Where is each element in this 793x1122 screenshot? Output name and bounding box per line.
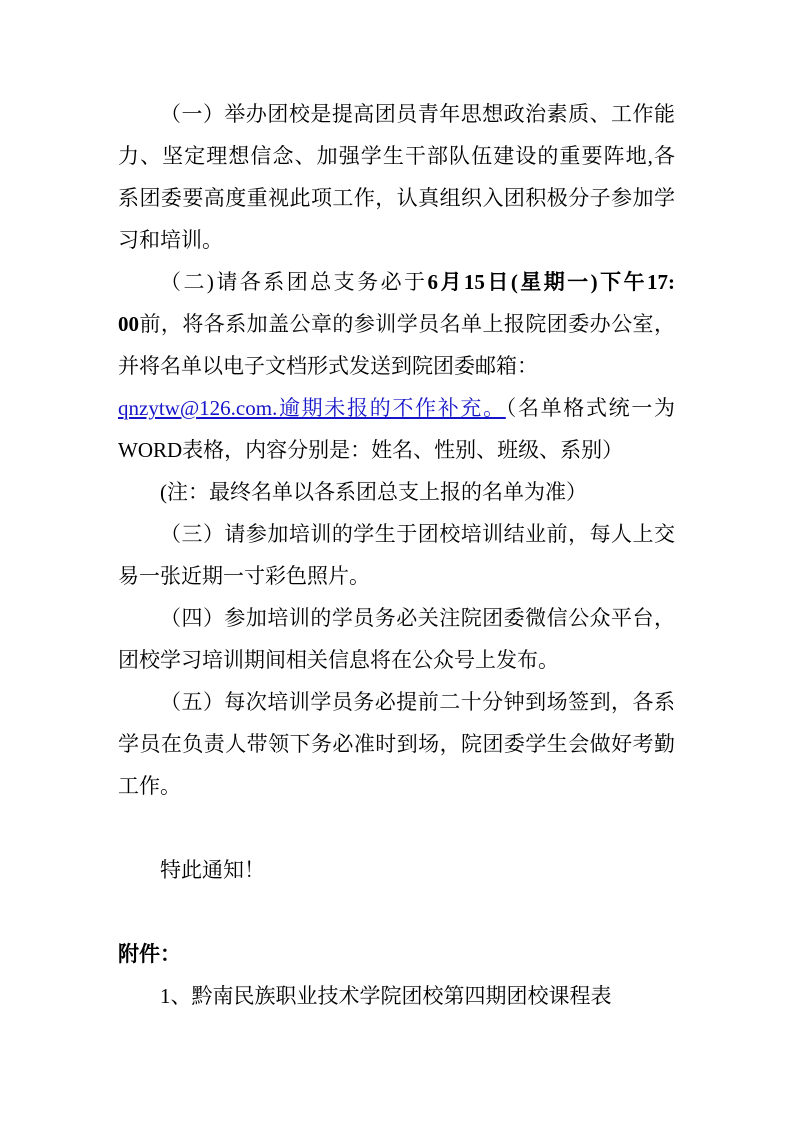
text-segment: 系团委要高度重视此项工作，认真组织入团积极分子参加学 xyxy=(118,186,675,210)
text-segment: （四）参加培训的学员务必关注院团委微信公众平台， xyxy=(160,606,675,630)
para1-line1: （一）举办团校是提高团员青年思想政治素质、工作能 xyxy=(118,93,675,135)
text-segment: 团校学习培训期间相关信息将在公众号上发布。 xyxy=(118,648,559,672)
text-segment: 并将名单以电子文档形式发送到院团委邮箱： xyxy=(118,354,538,378)
para5-line1: （五）每次培训学员务必提前二十分钟到场签到，各系 xyxy=(118,681,675,723)
blank-line xyxy=(118,891,675,933)
document-body: （一）举办团校是提高团员青年思想政治素质、工作能力、坚定理想信念、加强学生干部队… xyxy=(118,93,675,1017)
text-segment: 6月15日(星期一)下午17: xyxy=(427,270,675,294)
email-link[interactable]: qnzytw@126.com.逾期未报的不作补充。 xyxy=(118,396,506,420)
text-segment: 习和培训。 xyxy=(118,228,223,252)
text-segment: （名单格式统一为 xyxy=(506,396,675,420)
para2-line4: qnzytw@126.com.逾期未报的不作补充。（名单格式统一为 xyxy=(118,387,675,429)
text-segment: 工作。 xyxy=(118,774,181,798)
text-segment: （五）每次培训学员务必提前二十分钟到场签到，各系 xyxy=(160,690,675,714)
closing-line: 特此通知！ xyxy=(118,849,675,891)
para1-line4: 习和培训。 xyxy=(118,219,675,261)
text-segment: （一）举办团校是提高团员青年思想政治素质、工作能 xyxy=(160,102,675,126)
para1-line2: 力、坚定理想信念、加强学生干部队伍建设的重要阵地,各 xyxy=(118,135,675,177)
text-segment: WORD表格，内容分别是：姓名、性别、班级、系别） xyxy=(118,438,623,462)
para2-line5: WORD表格，内容分别是：姓名、性别、班级、系别） xyxy=(118,429,675,471)
text-segment: （三）请参加培训的学生于团校培训结业前，每人上交 xyxy=(160,522,675,546)
text-segment: 附件： xyxy=(118,942,181,966)
document-page: （一）举办团校是提高团员青年思想政治素质、工作能力、坚定理想信念、加强学生干部队… xyxy=(0,0,793,1122)
attachment-item-1: 1、黔南民族职业技术学院团校第四期团校课程表 xyxy=(118,975,675,1017)
text-segment: （二)请各系团总支务必于 xyxy=(160,270,427,294)
para4-line1: （四）参加培训的学员务必关注院团委微信公众平台， xyxy=(118,597,675,639)
para2-line2: 00前，将各系加盖公章的参训学员名单上报院团委办公室， xyxy=(118,303,675,345)
note-line: (注：最终名单以各系团总支上报的名单为准） xyxy=(118,471,675,513)
text-segment: 00 xyxy=(118,312,139,336)
text-segment: 前，将各系加盖公章的参训学员名单上报院团委办公室， xyxy=(139,312,675,336)
blank-line xyxy=(118,807,675,849)
para3-line2: 易一张近期一寸彩色照片。 xyxy=(118,555,675,597)
text-segment: 力、坚定理想信念、加强学生干部队伍建设的重要阵地,各 xyxy=(118,144,675,168)
para3-line1: （三）请参加培训的学生于团校培训结业前，每人上交 xyxy=(118,513,675,555)
text-segment: 特此通知！ xyxy=(160,858,265,882)
para4-line2: 团校学习培训期间相关信息将在公众号上发布。 xyxy=(118,639,675,681)
text-segment: 1、黔南民族职业技术学院团校第四期团校课程表 xyxy=(160,984,612,1008)
attachment-heading: 附件： xyxy=(118,933,675,975)
para5-line2: 学员在负责人带领下务必准时到场，院团委学生会做好考勤 xyxy=(118,723,675,765)
text-segment: (注：最终名单以各系团总支上报的名单为准） xyxy=(160,480,587,504)
para1-line3: 系团委要高度重视此项工作，认真组织入团积极分子参加学 xyxy=(118,177,675,219)
para5-line3: 工作。 xyxy=(118,765,675,807)
text-segment: 易一张近期一寸彩色照片。 xyxy=(118,564,370,588)
para2-line3: 并将名单以电子文档形式发送到院团委邮箱： xyxy=(118,345,675,387)
para2-line1: （二)请各系团总支务必于6月15日(星期一)下午17: xyxy=(118,261,675,303)
text-segment: 学员在负责人带领下务必准时到场，院团委学生会做好考勤 xyxy=(118,732,675,756)
